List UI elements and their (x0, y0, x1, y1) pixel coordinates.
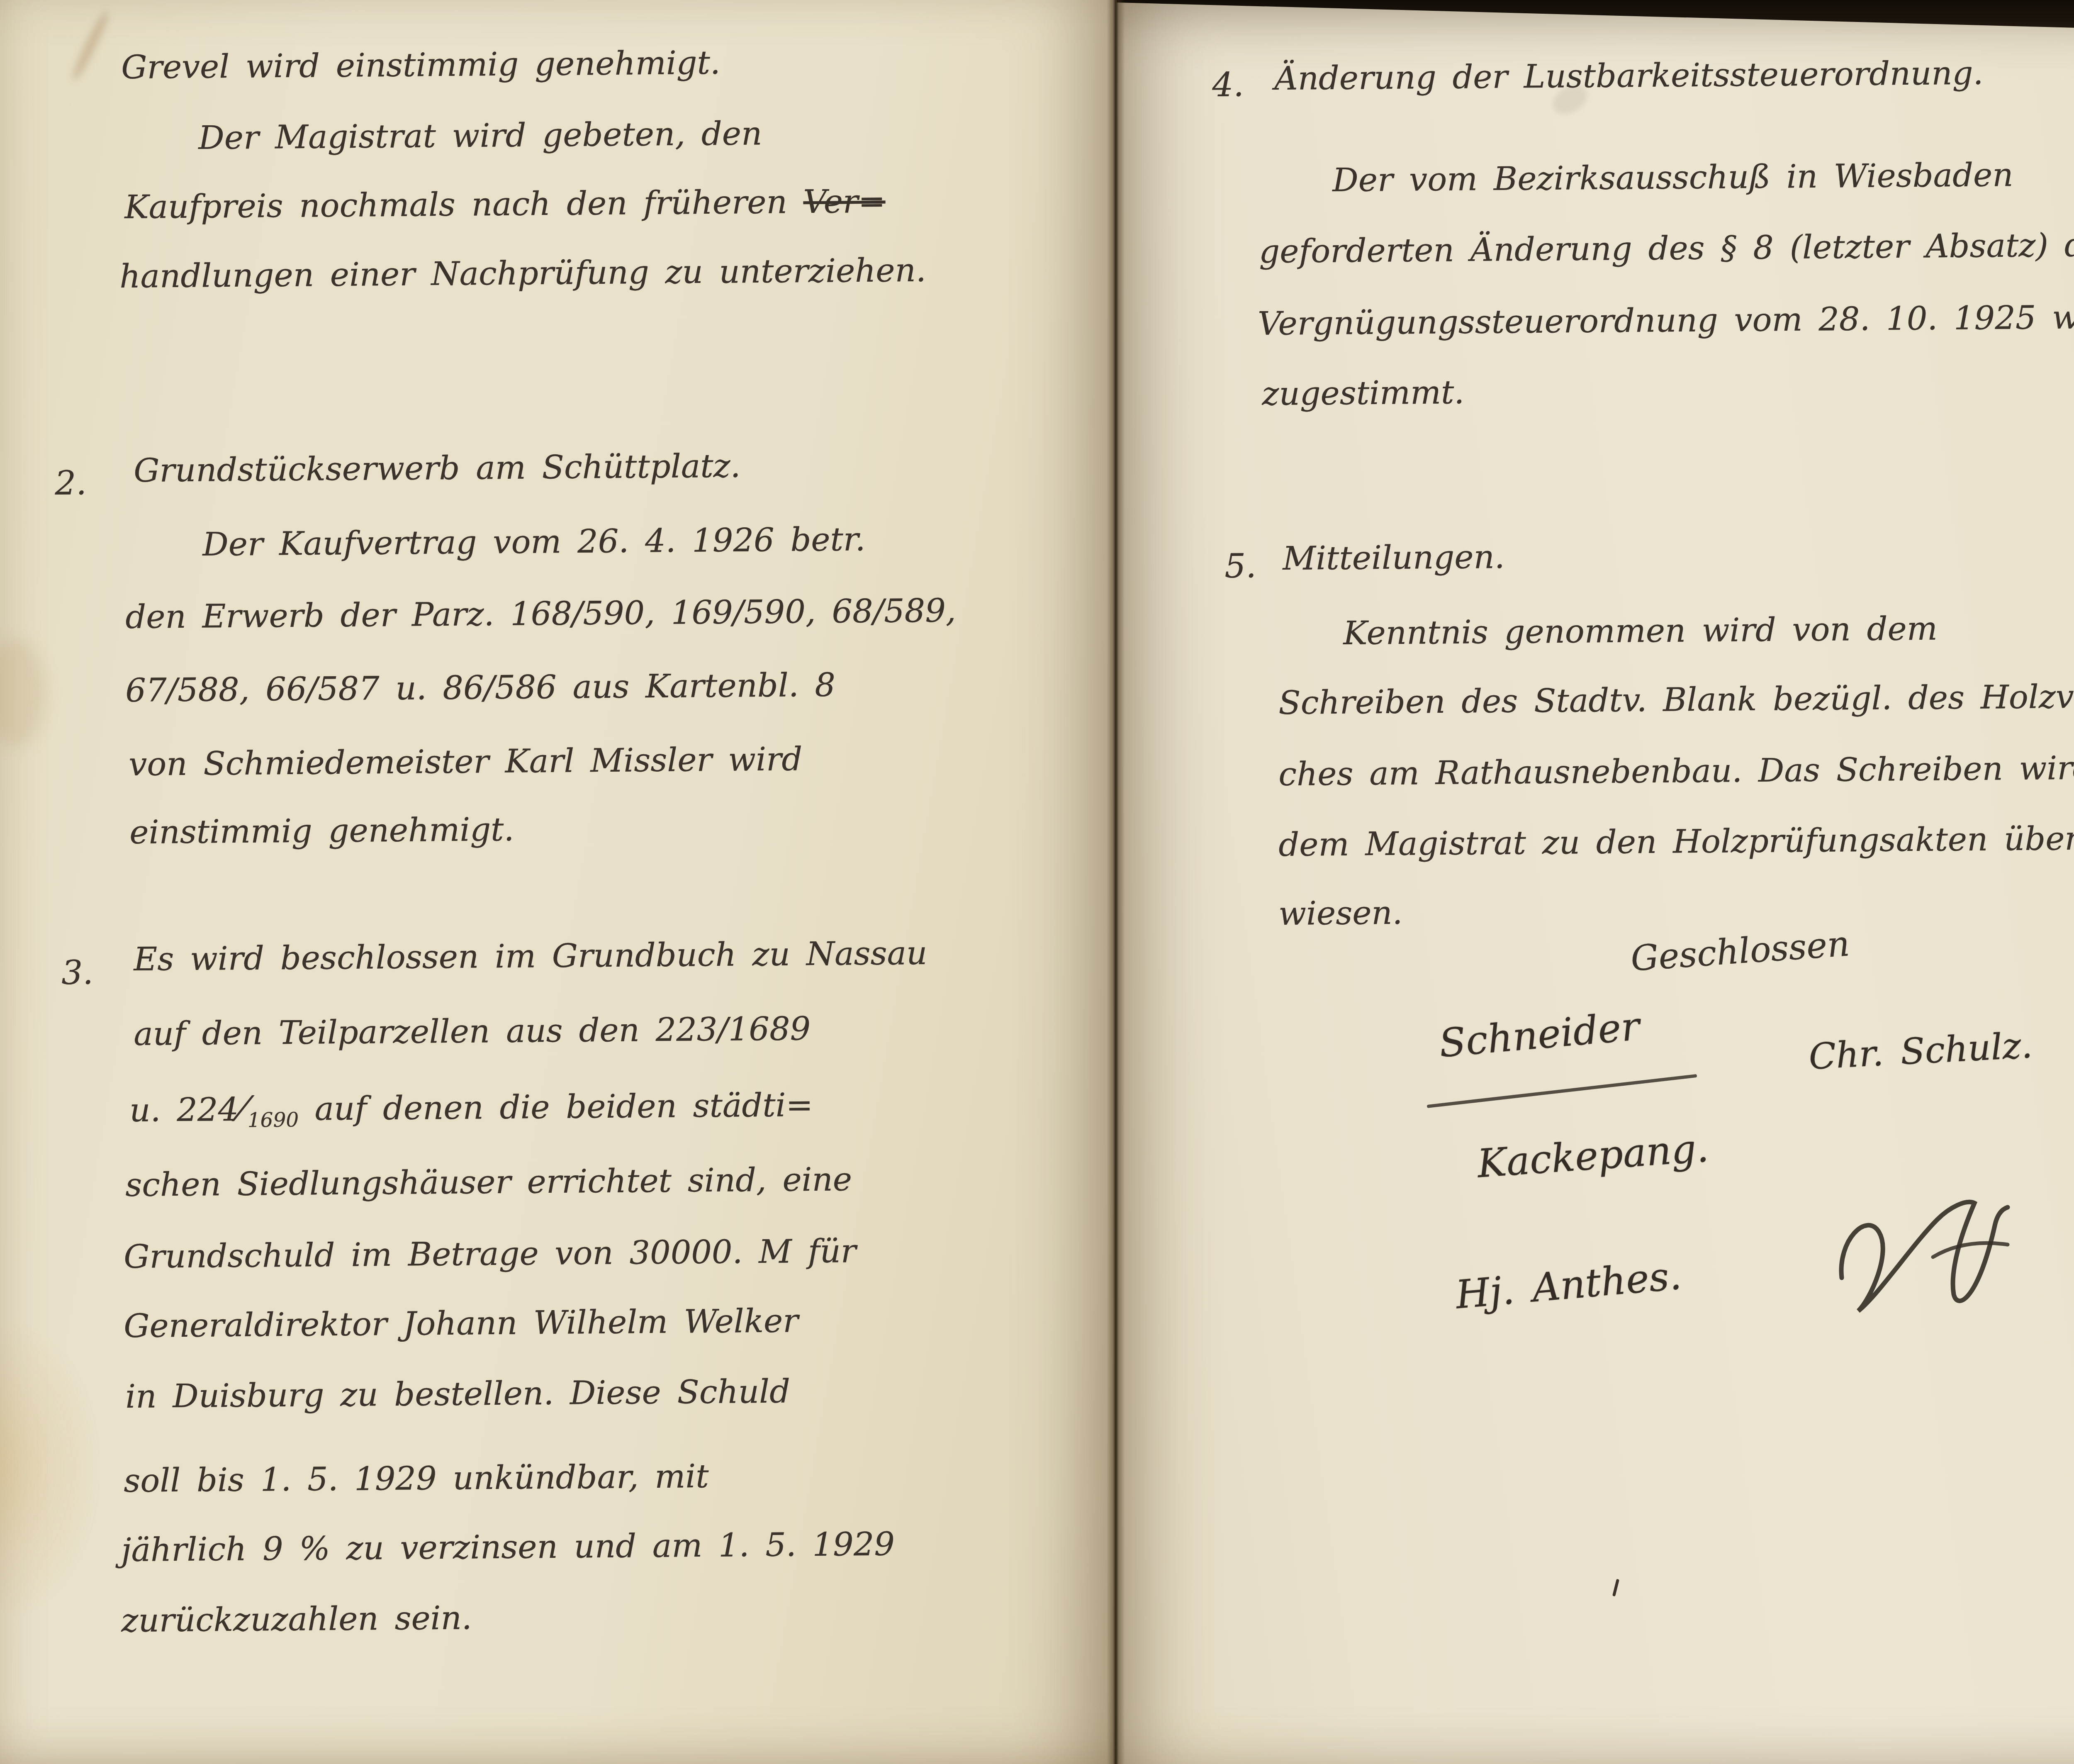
handwriting-line: Vergnügungssteuerordnung vom 28. 10. 192… (1258, 299, 2074, 343)
handwriting-text: u. 224 (129, 1091, 239, 1129)
handwriting-line: 67/588, 66/587 u. 86/586 aus Kartenbl. 8 (125, 667, 835, 709)
item-number-2: 2. (55, 463, 87, 502)
handwriting-line: den Erwerb der Parz. 168/590, 169/590, 6… (125, 592, 956, 636)
handwriting-line: Kaufpreis nochmals nach den früheren Ver… (124, 183, 886, 226)
item-number-5: 5. (1224, 546, 1256, 585)
book-spread-photo: Grevel wird einstimmig genehmigt. Der Ma… (0, 0, 2074, 1764)
handwriting-line: Schreiben des Stadtv. Blank bezügl. des … (1278, 677, 2074, 722)
item-4-heading: Änderung der Lustbarkeitssteuerordnung. (1274, 55, 1984, 97)
handwriting-line: Der Kaufvertrag vom 26. 4. 1926 betr. (202, 521, 866, 563)
handwriting-line: Kenntnis genommen wird von dem (1343, 610, 1938, 652)
book-gutter (1107, 0, 1125, 1764)
handwriting-line: Generaldirektor Johann Wilhelm Welker (124, 1302, 798, 1345)
item-number-4: 4. (1212, 65, 1244, 104)
handwriting-line: schen Siedlungshäuser errichtet sind, ei… (125, 1161, 852, 1204)
struck-word: Ver= (803, 183, 886, 221)
handwriting-line: Grundschuld im Betrage von 30000. M für (124, 1233, 857, 1276)
handwriting-line: soll bis 1. 5. 1929 unkündbar, mit (124, 1458, 709, 1500)
handwriting-line: auf den Teilparzellen aus den 223/1689 (134, 1010, 811, 1053)
handwriting-text: Kaufpreis nochmals nach den früheren (124, 183, 803, 226)
handwriting-line: zugestimmt. (1262, 374, 1465, 413)
handwriting-line: geforderten Änderung des § 8 (letzter Ab… (1259, 227, 2074, 270)
handwriting-line: Der vom Bezirksausschuß in Wiesbaden (1332, 156, 2013, 199)
handwriting-line: von Schmiedemeister Karl Missler wird (129, 741, 803, 783)
fraction-denominator: 1690 (248, 1108, 299, 1132)
handwriting-line: in Duisburg zu bestellen. Diese Schuld (125, 1373, 790, 1416)
handwriting-line: wiesen. (1278, 894, 1403, 933)
item-2-heading: Grundstückserwerb am Schüttplatz. (134, 448, 741, 490)
handwriting-line: Es wird beschlossen im Grundbuch zu Nass… (134, 935, 927, 978)
handwriting-line: jährlich 9 % zu verzinsen und am 1. 5. 1… (121, 1525, 895, 1569)
handwriting-line: ches am Rathausnebenbau. Das Schreiben w… (1278, 750, 2074, 793)
item-number-3: 3. (61, 953, 93, 992)
fraction-slash: ⁄ (239, 1089, 248, 1129)
handwriting-line: einstimmig genehmigt. (129, 811, 514, 851)
handwriting-line: Grevel wird einstimmig genehmigt. (121, 44, 721, 86)
signature-paraph (1829, 1174, 2024, 1340)
handwriting-text: auf denen die beiden städti= (298, 1087, 813, 1128)
handwriting-line: dem Magistrat zu den Holzprüfungsakten ü… (1278, 820, 2074, 864)
handwriting-line-fraction: u. 224⁄1690 auf denen die beiden städti= (129, 1085, 813, 1133)
handwriting-line: handlungen einer Nachprüfung zu unterzie… (119, 252, 926, 295)
handwriting-line: zurückzuzahlen sein. (121, 1599, 472, 1640)
item-5-heading: Mitteilungen. (1283, 538, 1505, 577)
handwriting-line: Der Magistrat wird gebeten, den (198, 115, 762, 157)
